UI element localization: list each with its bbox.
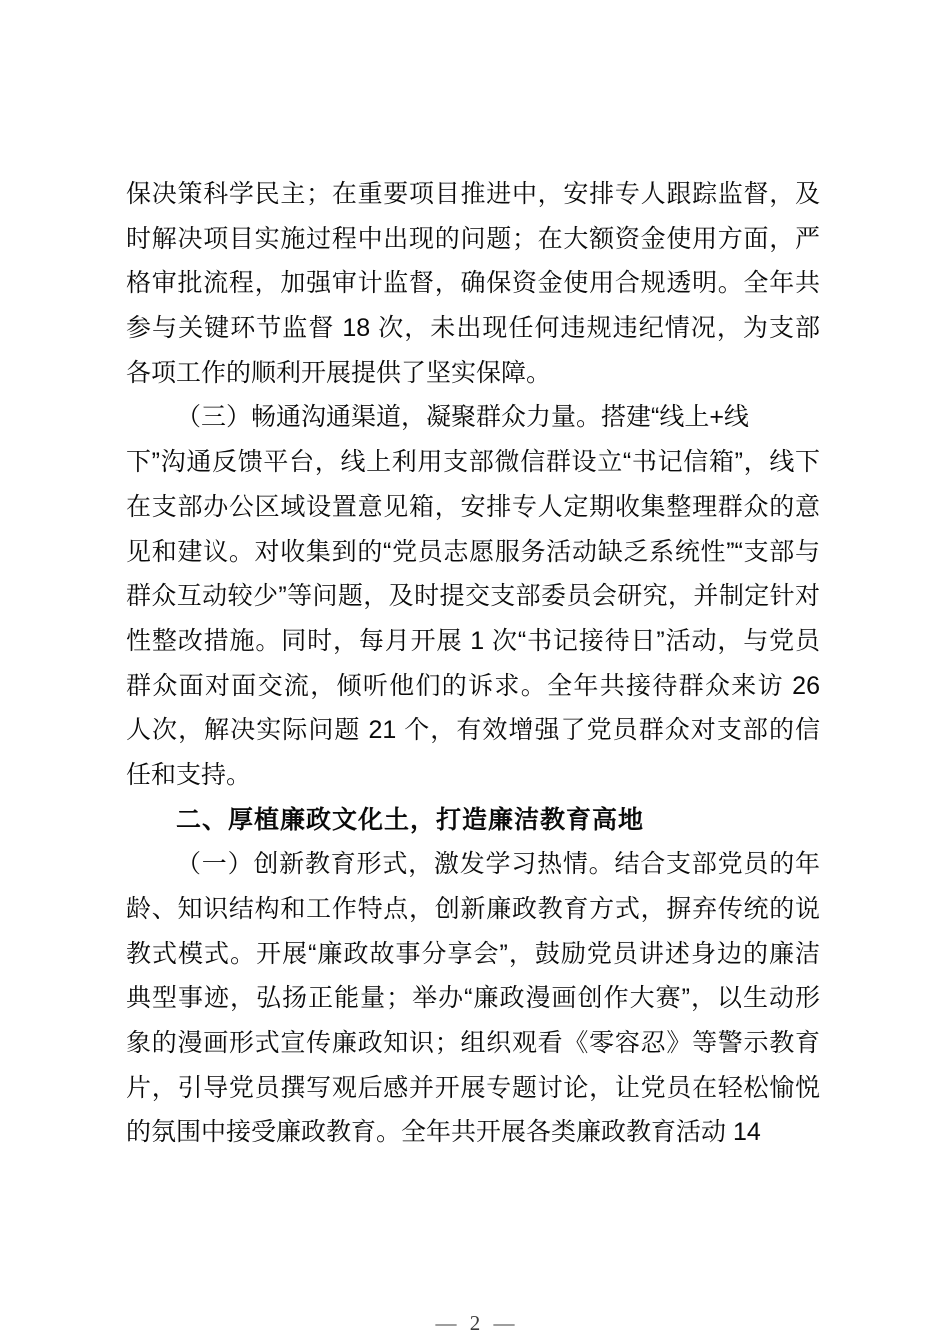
text-line: 下”沟通反馈平台，线上利用支部微信群设立“书记信箱”，线下 xyxy=(126,440,820,485)
text-line: 见和建议。对收集到的“党员志愿服务活动缺乏系统性”“支部与 xyxy=(126,530,820,575)
paragraph-end-line: 任和支持。 xyxy=(126,753,820,798)
text-line: 群众互动较少”等问题，及时提交支部委员会研究，并制定针对 xyxy=(126,574,820,619)
paragraph-end-line: 各项工作的顺利开展提供了坚实保障。 xyxy=(126,351,820,396)
section-heading: 二、厚植廉政文化土，打造廉洁教育高地 xyxy=(126,798,820,843)
text-line: 性整改措施。同时，每月开展 1 次“书记接待日”活动，与党员 xyxy=(126,619,820,664)
text-line: 格审批流程，加强审计监督，确保资金使用合规透明。全年共 xyxy=(126,261,820,306)
text-line: 在支部办公区域设置意见箱，安排专人定期收集整理群众的意 xyxy=(126,485,820,530)
text-line: 典型事迹，弘扬正能量；举办“廉政漫画创作大赛”，以生动形 xyxy=(126,976,820,1021)
text-line: 片，引导党员撰写观后感并开展专题讨论，让党员在轻松愉悦 xyxy=(126,1066,820,1111)
text-line: 龄、知识结构和工作特点，创新廉政教育方式，摒弃传统的说 xyxy=(126,887,820,932)
paragraph-start-line: （一）创新教育形式，激发学习热情。结合支部党员的年 xyxy=(126,842,820,887)
text-line: 保决策科学民主；在重要项目推进中，安排专人跟踪监督，及 xyxy=(126,172,820,217)
text-line: 时解决项目实施过程中出现的问题；在大额资金使用方面，严 xyxy=(126,217,820,262)
text-line: 群众面对面交流，倾听他们的诉求。全年共接待群众来访 26 xyxy=(126,664,820,709)
document-page: 保决策科学民主；在重要项目推进中，安排专人跟踪监督，及 时解决项目实施过程中出现… xyxy=(0,0,950,1344)
text-line: 教式模式。开展“廉政故事分享会”，鼓励党员讲述身边的廉洁 xyxy=(126,932,820,977)
text-line: 人次，解决实际问题 21 个，有效增强了党员群众对支部的信 xyxy=(126,708,820,753)
document-body: 保决策科学民主；在重要项目推进中，安排专人跟踪监督，及 时解决项目实施过程中出现… xyxy=(126,172,820,1155)
text-line: 参与关键环节监督 18 次，未出现任何违规违纪情况，为支部 xyxy=(126,306,820,351)
text-line: 象的漫画形式宣传廉政知识；组织观看《零容忍》等警示教育 xyxy=(126,1021,820,1066)
text-line: 的氛围中接受廉政教育。全年共开展各类廉政教育活动 14 xyxy=(126,1110,820,1155)
page-number: — 2 — xyxy=(0,1311,950,1336)
paragraph-start-line: （三）畅通沟通渠道，凝聚群众力量。搭建“线上+线 xyxy=(126,395,820,440)
